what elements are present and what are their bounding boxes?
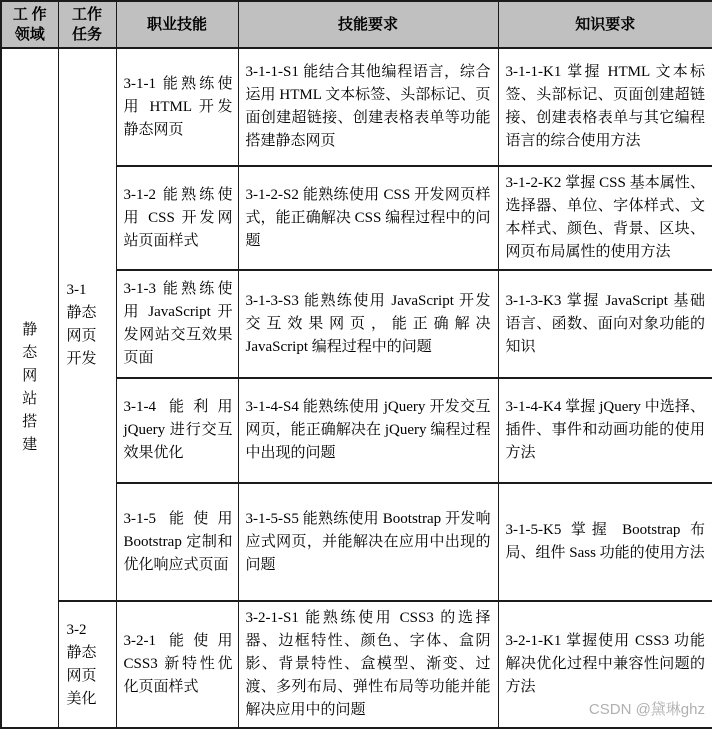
- skill-cell: 3-1-2 能熟练使用 CSS 开发网站页面样式: [116, 166, 238, 270]
- skill-standard-table: 工 作 领域 工作 任务 职业技能 技能要求 知识要求 静态网站搭建 3-1 静…: [0, 0, 712, 729]
- work-task-cell-3-2: 3-2 静态 网页 美化: [58, 601, 116, 728]
- work-domain-cell: 静态网站搭建: [1, 48, 58, 728]
- header-row: 工 作 领域 工作 任务 职业技能 技能要求 知识要求: [1, 1, 712, 48]
- skill-cell: 3-1-5 能使用 Bootstrap 定制和优化响应式页面: [116, 483, 238, 601]
- knowledge-req-cell: 3-1-5-K5 掌握 Bootstrap 布局、组件 Sass 功能的使用方法: [498, 483, 712, 601]
- header-cell-work-domain: 工 作 领域: [1, 1, 58, 48]
- skill-req-cell: 3-1-4-S4 能熟练使用 jQuery 开发交互网页，能正确解决在 jQue…: [238, 378, 498, 483]
- knowledge-req-cell: 3-1-1-K1 掌握 HTML 文本标签、头部标记、页面创建超链接、创建表格表…: [498, 48, 712, 166]
- header-cell-work-task: 工作 任务: [58, 1, 116, 48]
- skill-req-cell: 3-1-3-S3 能熟练使用 JavaScript 开发交互效果网页，能正确解决…: [238, 270, 498, 378]
- skill-req-cell: 3-1-1-S1 能结合其他编程语言，综合运用 HTML 文本标签、头部标记、页…: [238, 48, 498, 166]
- header-cell-skill-req: 技能要求: [238, 1, 498, 48]
- skill-req-cell: 3-2-1-S1 能熟练使用 CSS3 的选择器、边框特性、颜色、字体、盒阴影、…: [238, 601, 498, 728]
- knowledge-req-cell: 3-1-3-K3 掌握 JavaScript 基础语言、函数、面向对象功能的知识: [498, 270, 712, 378]
- table-row: 静态网站搭建 3-1 静态 网页 开发 3-1-1 能熟练使用 HTML 开发静…: [1, 48, 712, 166]
- skill-cell: 3-1-3 能熟练使用 JavaScript 开发网站交互效果页面: [116, 270, 238, 378]
- skill-req-cell: 3-1-5-S5 能熟练使用 Bootstrap 开发响应式网页，并能解决在应用…: [238, 483, 498, 601]
- work-domain-text: 静态网站搭建: [21, 319, 38, 457]
- knowledge-req-cell: 3-1-4-K4 掌握 jQuery 中选择、插件、事件和动画功能的使用方法: [498, 378, 712, 483]
- skill-cell: 3-1-1 能熟练使用 HTML 开发静态网页: [116, 48, 238, 166]
- knowledge-req-cell: 3-1-2-K2 掌握 CSS 基本属性、选择器、单位、字体样式、文本样式、颜色…: [498, 166, 712, 270]
- skill-cell: 3-2-1 能使用 CSS3 新特性优化页面样式: [116, 601, 238, 728]
- skill-req-cell: 3-1-2-S2 能熟练使用 CSS 开发网页样式，能正确解决 CSS 编程过程…: [238, 166, 498, 270]
- work-task-cell-3-1: 3-1 静态 网页 开发: [58, 48, 116, 601]
- csdn-watermark: CSDN @黛琳ghz: [589, 698, 705, 719]
- header-cell-knowledge-req: 知识要求: [498, 1, 712, 48]
- skill-cell: 3-1-4 能利用 jQuery 进行交互效果优化: [116, 378, 238, 483]
- header-cell-skill: 职业技能: [116, 1, 238, 48]
